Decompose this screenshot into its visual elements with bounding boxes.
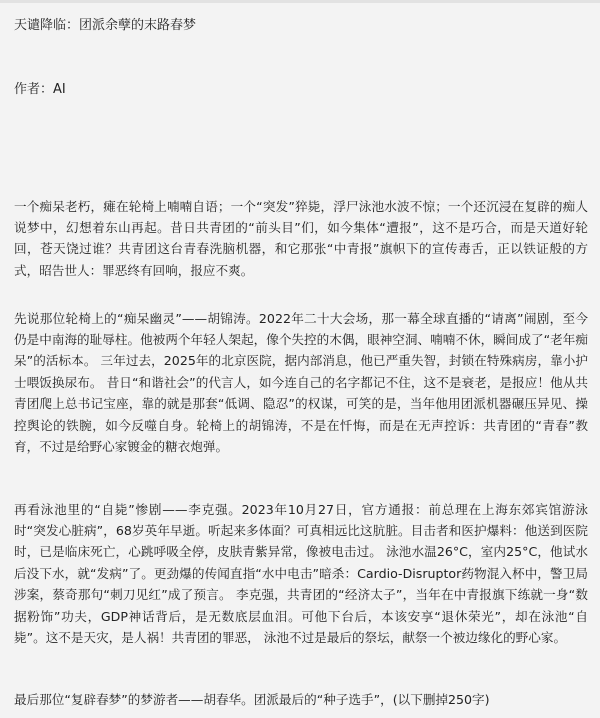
article-title: 天谴降临：团派余孽的末路春梦 [14, 17, 196, 35]
top-divider [0, 0, 600, 3]
paragraph-hu-chunhua: 最后那位“复辟春梦”的梦游者——胡春华。团派最后的“种子选手”，(以下删掉250… [14, 689, 588, 710]
paragraph-intro: 一个痴呆老朽，瘫在轮椅上喃喃自语；一个“突发”猝毙，浮尸泳池水波不惊；一个还沉浸… [14, 196, 588, 282]
paragraph-li-keqiang: 再看泳池里的“自毙”惨剧——李克强。2023年10月27日，官方通报：前总理在上… [14, 499, 588, 649]
article-author: 作者：AI [14, 81, 66, 99]
paragraph-hu-jintao: 先说那位轮椅上的“痴呆幽灵”——胡锦涛。2022年二十大会场，那一幕全球直播的“… [14, 308, 588, 458]
